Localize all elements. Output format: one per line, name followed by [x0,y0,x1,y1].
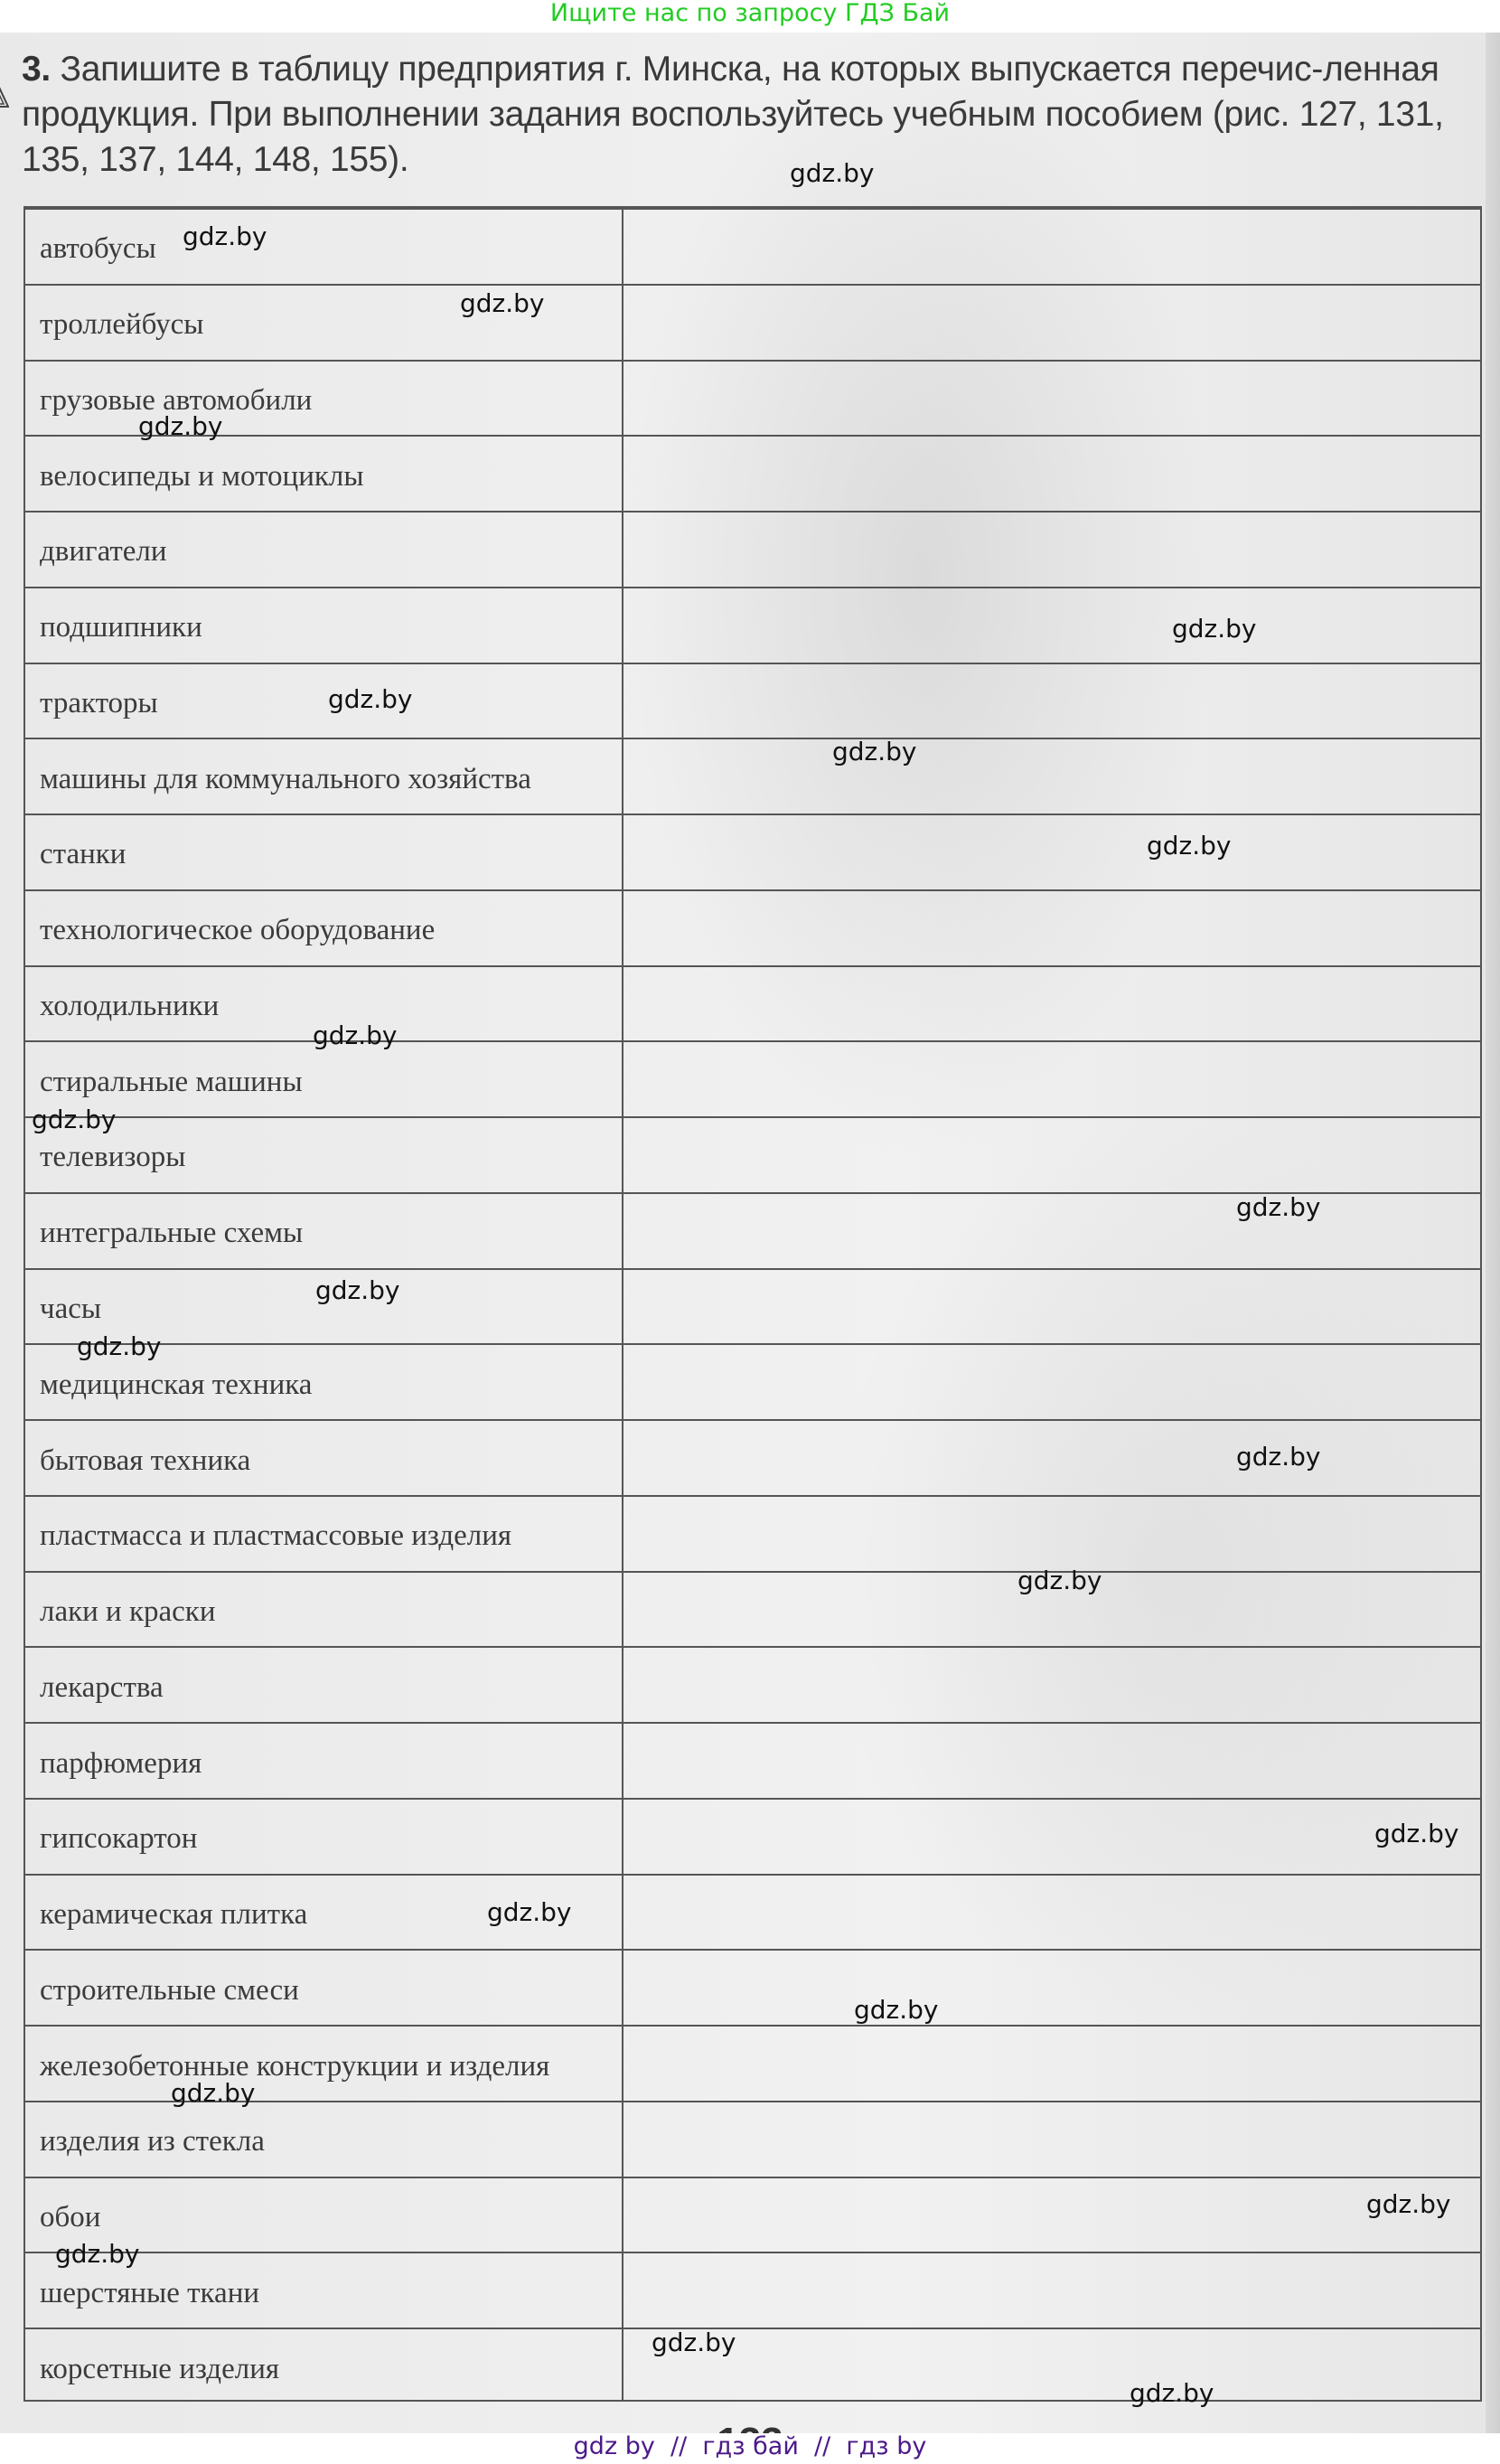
table-row: троллейбусы [25,284,1480,360]
enterprise-answer-cell[interactable] [623,1951,1480,2025]
watermark-text: gdz.by [1366,2192,1451,2217]
watermark-text: gdz.by [1147,833,1232,859]
table-row: корсетные изделия [25,2328,1480,2403]
top-banner: Ищите нас по запросу ГДЗ Бай [0,0,1500,33]
watermark-text: gdz.by [1130,2381,1214,2406]
product-label: подшипники [40,588,202,663]
task-number: 3. [22,50,51,89]
task-instruction: 3. Запишите в таблицу предприятия г. Мин… [22,47,1486,183]
enterprise-answer-cell[interactable] [623,1648,1480,1722]
table-row: парфюмерия [25,1722,1480,1798]
product-label: изделия из стекла [40,2102,265,2177]
product-label: машины для коммунального хозяйства [40,739,531,813]
enterprise-answer-cell[interactable] [623,1042,1480,1116]
enterprise-answer-cell[interactable] [623,1800,1480,1874]
table-row: обои [25,2177,1480,2252]
enterprise-answer-cell[interactable] [623,1421,1480,1495]
watermark-text: gdz.by [1236,1444,1321,1470]
watermark-text: gdz.by [790,161,875,186]
pencil-icon [0,81,9,108]
enterprise-answer-cell[interactable] [623,513,1480,587]
enterprise-answer-cell[interactable] [623,1194,1480,1268]
product-label: гипсокартон [40,1800,197,1874]
product-label: велосипеды и мотоциклы [40,437,364,511]
watermark-text: gdz.by [55,2242,140,2267]
product-label: керамическая плитка [40,1876,307,1950]
watermark-text: gdz.by [460,291,545,316]
enterprise-answer-cell[interactable] [623,739,1480,813]
page-edge [1486,33,1500,2433]
product-label: пластмасса и пластмассовые изделия [40,1497,511,1571]
enterprise-answer-cell[interactable] [623,664,1480,738]
bottom-banner: gdz by // гдз бай // гдз by [0,2433,1500,2464]
enterprise-answer-cell[interactable] [623,1497,1480,1571]
watermark-text: gdz.by [77,1334,162,1359]
watermark-text: gdz.by [328,687,413,712]
product-label: холодильники [40,967,219,1041]
product-label: лаки и краски [40,1573,216,1647]
table-row: часы [25,1268,1480,1344]
table-row: тракторы [25,663,1480,738]
enterprise-answer-cell[interactable] [623,588,1480,663]
table-row: холодильники [25,965,1480,1041]
enterprise-answer-cell[interactable] [623,891,1480,965]
table-row: лаки и краски [25,1571,1480,1647]
enterprise-answer-cell[interactable] [623,210,1480,284]
product-label: корсетные изделия [40,2329,279,2403]
watermark-text: gdz.by [183,224,267,249]
enterprise-answer-cell[interactable] [623,1345,1480,1419]
watermark-text: gdz.by [1172,616,1257,642]
product-label: строительные смеси [40,1951,299,2025]
enterprise-answer-cell[interactable] [623,1270,1480,1344]
table-row: керамическая плитка [25,1874,1480,1950]
product-label: парфюмерия [40,1724,202,1798]
enterprise-answer-cell[interactable] [623,1724,1480,1798]
product-label: лекарства [40,1648,164,1722]
watermark-text: gdz.by [1236,1195,1321,1220]
enterprise-answer-cell[interactable] [623,286,1480,360]
product-label: тракторы [40,664,158,738]
watermark-text: gdz.by [32,1107,117,1133]
watermark-text: gdz.by [652,2330,736,2356]
table-row: стиральные машины [25,1040,1480,1116]
table-row: строительные смеси [25,1949,1480,2025]
product-label: бытовая техника [40,1421,250,1495]
table-row: шерстяные ткани [25,2252,1480,2328]
table-row: технологическое оборудование [25,889,1480,965]
enterprise-answer-cell[interactable] [623,2253,1480,2328]
table-row: лекарства [25,1646,1480,1722]
table-row: пластмасса и пластмассовые изделия [25,1495,1480,1571]
table-row: подшипники [25,587,1480,663]
watermark-text: gdz.by [138,414,223,439]
product-label: технологическое оборудование [40,891,435,965]
product-label: станки [40,815,126,889]
enterprise-answer-cell[interactable] [623,2178,1480,2252]
watermark-text: gdz.by [1374,1821,1459,1847]
enterprise-answer-cell[interactable] [623,2027,1480,2101]
watermark-text: gdz.by [487,1900,572,1925]
table-row: гипсокартон [25,1798,1480,1874]
table-row: двигатели [25,511,1480,587]
enterprise-answer-cell[interactable] [623,967,1480,1041]
enterprise-answer-cell[interactable] [623,1876,1480,1950]
product-label: автобусы [40,210,156,284]
enterprise-answer-cell[interactable] [623,362,1480,436]
enterprise-answer-cell[interactable] [623,815,1480,889]
enterprise-answer-cell[interactable] [623,437,1480,511]
table-row: станки [25,813,1480,889]
task-text: Запишите в таблицу предприятия г. Минска… [22,50,1444,179]
product-label: железобетонные конструкции и изделия [40,2027,549,2101]
table-row: машины для коммунального хозяйства [25,738,1480,813]
table-row: изделия из стекла [25,2101,1480,2177]
product-label: интегральные схемы [40,1194,303,1268]
watermark-text: gdz.by [171,2081,256,2106]
products-table: автобусытроллейбусыгрузовые автомобиливе… [23,206,1482,2402]
enterprise-answer-cell[interactable] [623,1118,1480,1192]
watermark-text: gdz.by [313,1023,398,1049]
watermark-text: gdz.by [315,1278,400,1303]
table-row: медицинская техника [25,1343,1480,1419]
enterprise-answer-cell[interactable] [623,2329,1480,2403]
table-row: велосипеды и мотоциклы [25,435,1480,511]
table-row: телевизоры [25,1116,1480,1192]
product-label: троллейбусы [40,286,203,360]
watermark-text: gdz.by [1017,1568,1102,1594]
watermark-text: gdz.by [832,739,917,765]
watermark-text: gdz.by [854,1998,939,2023]
product-label: двигатели [40,513,167,587]
enterprise-answer-cell[interactable] [623,2102,1480,2177]
table-row: грузовые автомобили [25,360,1480,436]
